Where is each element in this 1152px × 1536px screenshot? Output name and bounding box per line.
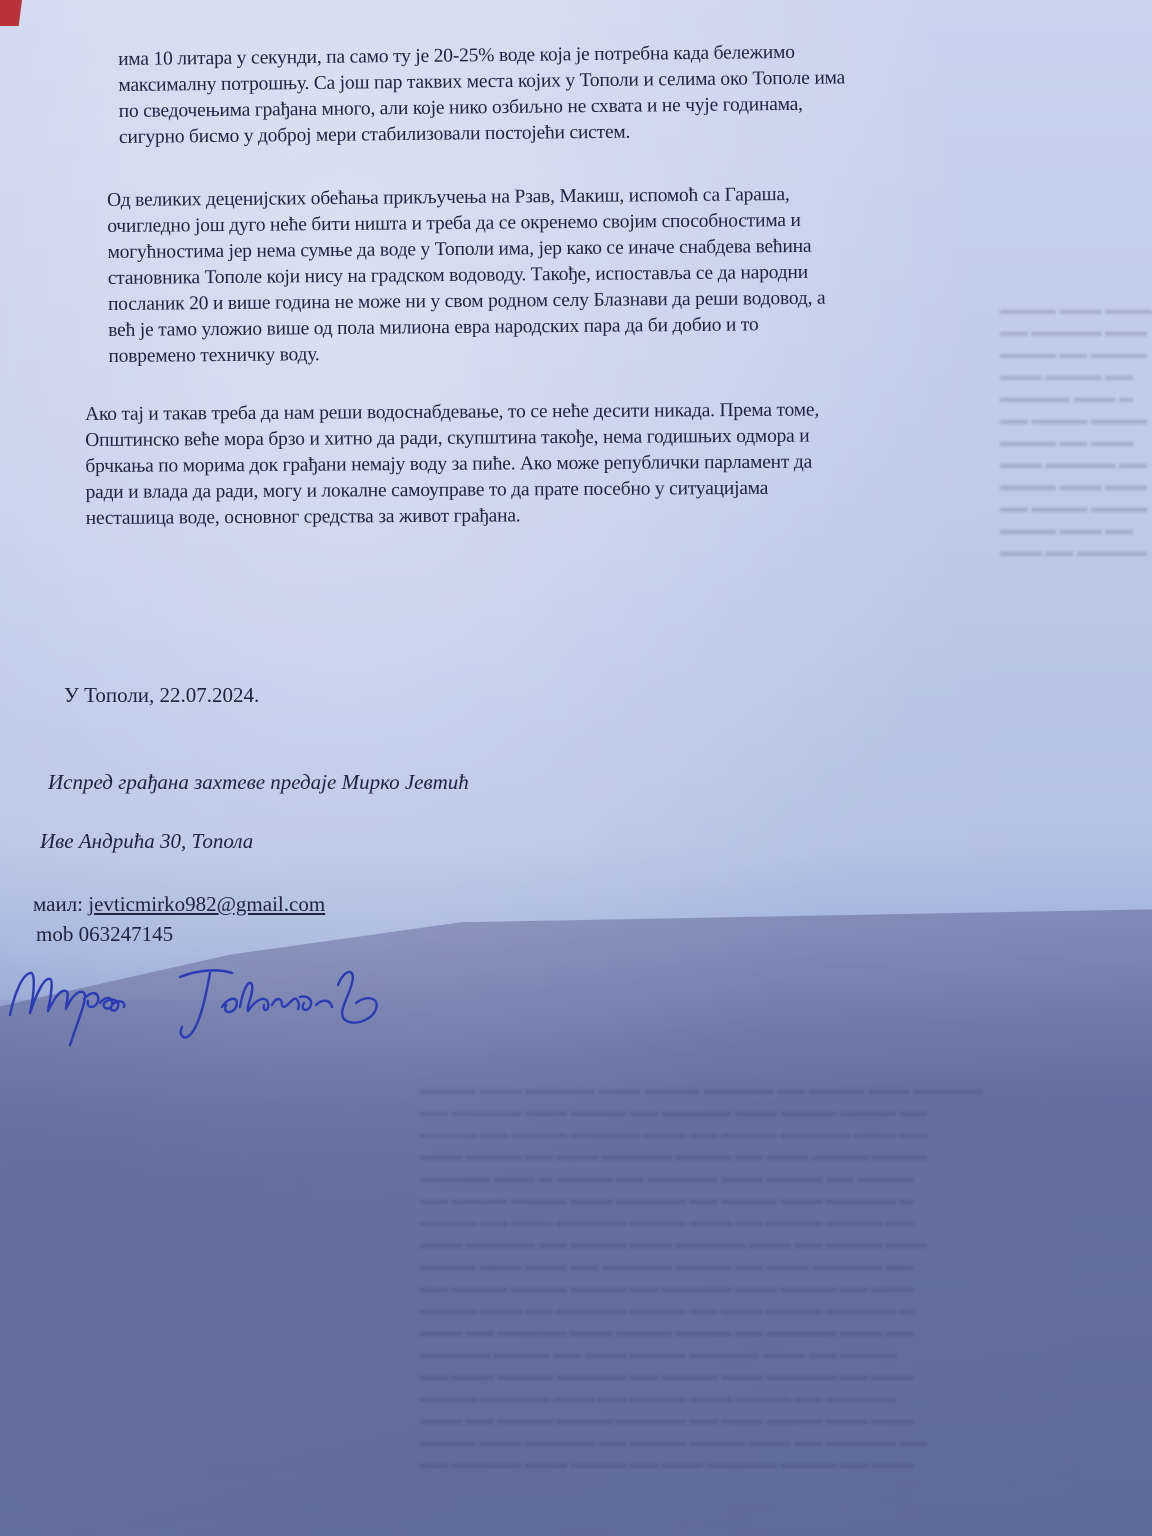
paragraph-promises: Од великих деценијских обећања прикључењ… — [107, 182, 826, 370]
paragraph-demands: Ако тај и такав треба да нам реши водосн… — [85, 398, 820, 532]
place-and-date: У Тополи, 22.07.2024. — [64, 683, 259, 708]
email-link[interactable]: jevticmirko982@gmail.com — [88, 892, 325, 916]
email-row: маил: jevticmirko982@gmail.com — [33, 892, 325, 917]
red-folder-tab — [0, 0, 22, 26]
paragraph-water-sources: има 10 литара у секунди, па само ту је 2… — [118, 39, 846, 151]
phone-number: 063247145 — [79, 922, 174, 946]
text-line: несташица воде, основног средства за жив… — [86, 502, 820, 532]
bleed-through-text-right: ▬▬▬▬ ▬▬▬ ▬▬▬▬▬▬ ▬▬▬▬▬ ▬▬▬▬▬▬▬ ▬▬ ▬▬▬▬▬▬▬… — [1000, 300, 1152, 620]
phone-label: mob — [36, 922, 73, 946]
phone-row: mob 063247145 — [36, 922, 173, 947]
email-label: маил: — [33, 892, 83, 916]
handwritten-signature-icon — [0, 955, 400, 1055]
address-line: Иве Андрића 30, Топола — [40, 829, 253, 854]
submitter-line: Испред грађана захтеве предаје Мирко Јев… — [48, 770, 469, 795]
text-line: ради и влада да ради, могу и локалне сам… — [85, 476, 819, 506]
bleed-through-text-bottom: ▬▬▬▬ ▬▬▬ ▬▬▬▬▬ ▬▬▬ ▬▬▬▬ ▬▬▬▬▬ ▬▬ ▬▬▬▬ ▬▬… — [420, 1080, 1140, 1520]
